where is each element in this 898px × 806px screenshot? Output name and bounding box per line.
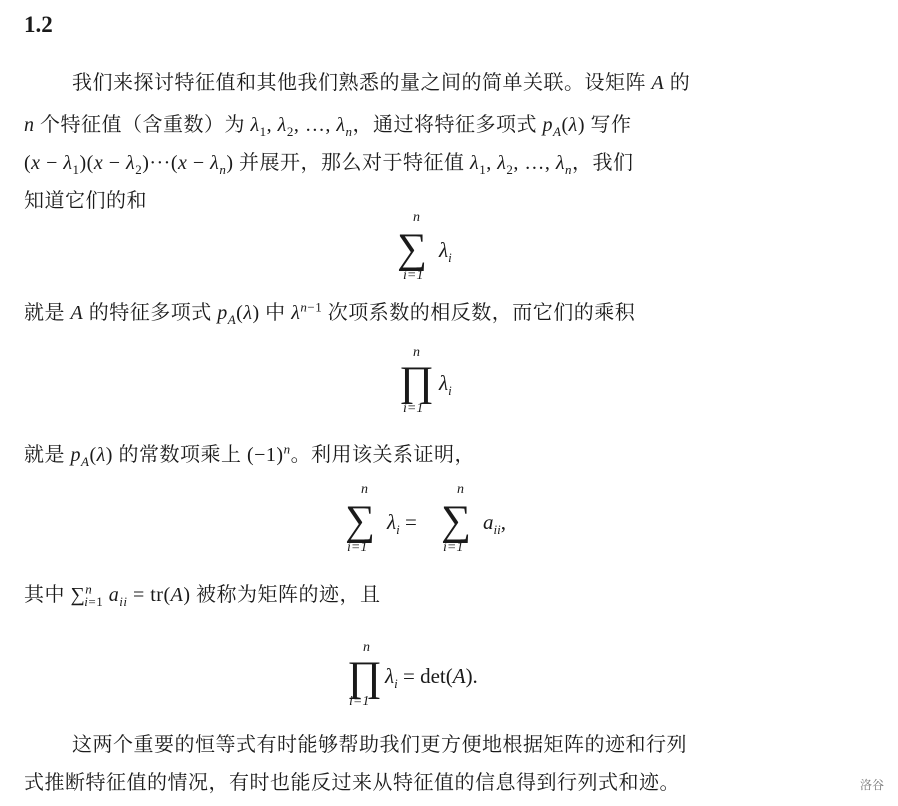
sum-symbol: ∑ [397,228,427,270]
term: λi [439,238,452,266]
equation-trace: n ∑ λi = i=1 n ∑ aii, i=1 [343,482,543,562]
final-paragraph-line1: 这两个重要的恒等式有时能够帮助我们更方便地根据矩阵的迹和行列 [72,728,687,757]
sum-symbol-rhs: ∑ [441,500,471,542]
watermark: 洛谷 [860,776,884,793]
paragraph1-line1: 我们来探讨特征值和其他我们熟悉的量之间的简单关联。设矩阵 A 的 [72,66,690,95]
product-symbol: ∏ [399,361,434,403]
line-trace-definition: 其中 ∑ni=1 aii = tr(A) 被称为矩阵的迹，且 [24,578,381,610]
equation-det: n ∏ λi = det(A). i=1 [345,640,545,720]
sum-symbol: ∑ [345,500,375,542]
lower-limit: i=1 [403,268,423,284]
upper-limit-rhs: n [457,482,464,498]
lhs-term: λi = [387,510,417,538]
equation-product: n ∏ λi i=1 [395,345,475,425]
line-after-sum: 就是 A 的特征多项式 pA(λ) 中 λn−1 次项系数的相反数，而它们的乘积 [24,296,635,328]
paragraph1-line3: (x − λ1)(x − λ2)···(x − λn) 并展开，那么对于特征值 … [24,146,634,178]
upper-limit: n [361,482,368,498]
term: λi = det(A). [385,664,478,692]
upper-limit: n [413,210,420,226]
line-after-product: 就是 pA(λ) 的常数项乘上 (−1)n。利用该关系证明， [24,438,475,470]
paragraph1-line4: 知道它们的和 [24,184,147,213]
rhs-term: aii, [483,510,506,538]
lower-limit: i=1 [349,694,369,710]
term: λi [439,371,452,399]
lower-limit-rhs: i=1 [443,540,463,556]
section-heading: 1.2 [24,12,53,38]
lower-limit: i=1 [347,540,367,556]
equation-sum: n ∑ λi i=1 [395,210,475,290]
lower-limit: i=1 [403,401,423,417]
product-symbol: ∏ [347,656,382,698]
final-paragraph-line2: 式推断特征值的情况，有时也能反过来从特征值的信息得到行列式和迹。 [24,766,680,795]
paragraph1-line2: n 个特征值（含重数）为 λ1, λ2, …, λn，通过将特征多项式 pA(λ… [24,108,631,140]
